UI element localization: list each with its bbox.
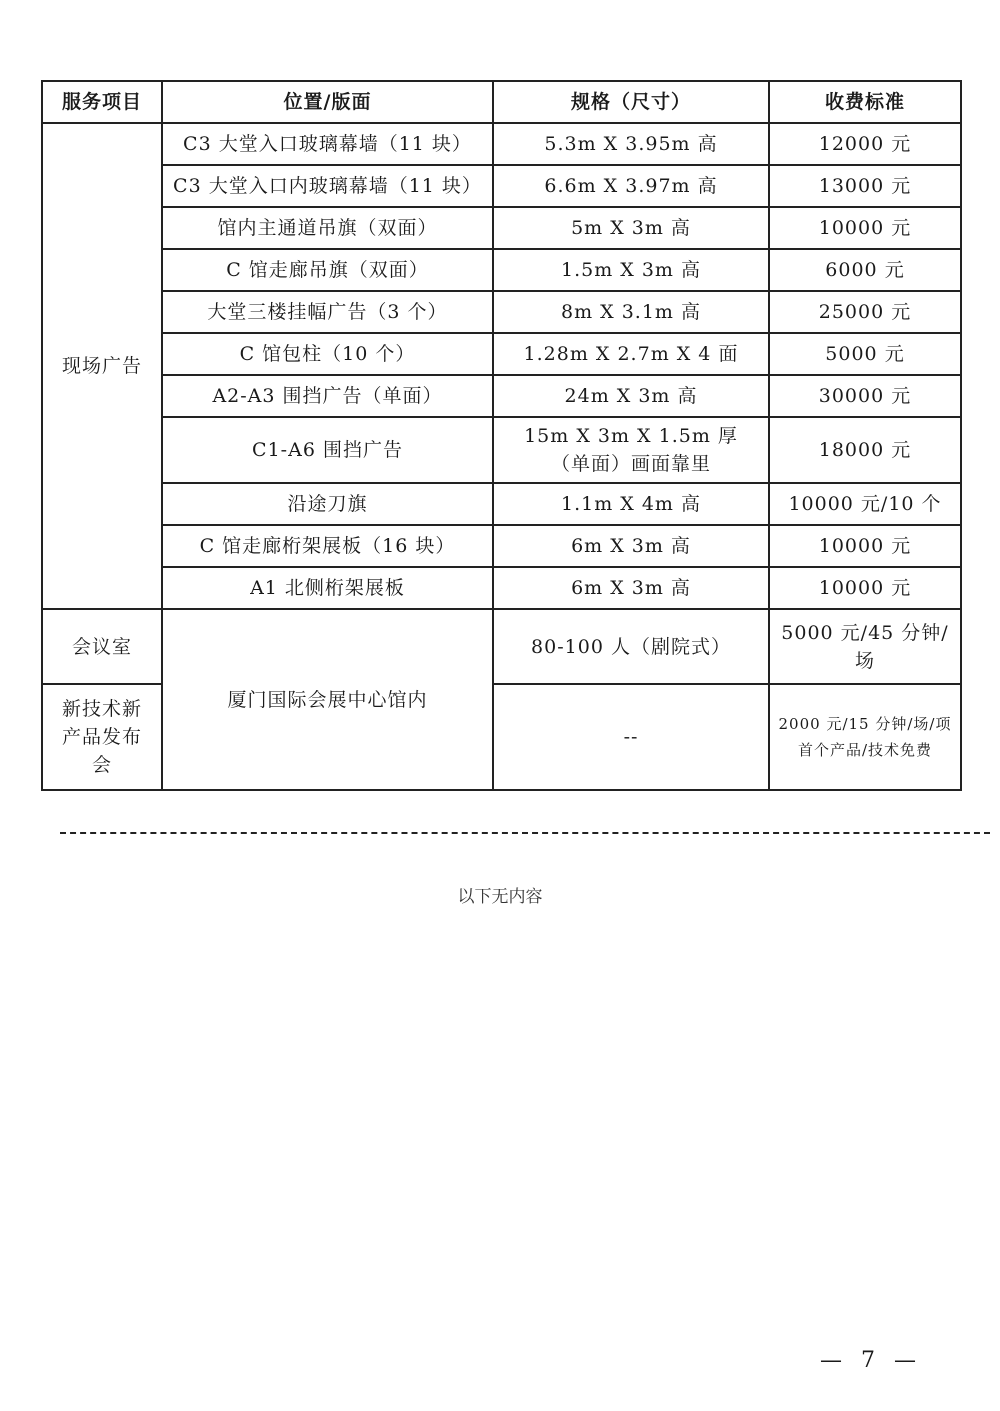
category-meeting-room: 会议室 [42, 609, 162, 684]
fee-line: 5000 元/45 分钟/ [774, 619, 956, 647]
spec-cell: 6m X 3m 高 [493, 567, 769, 609]
end-of-content-note: 以下无内容 [0, 882, 1000, 907]
spec-cell: 24m X 3m 高 [493, 375, 769, 417]
location-cell-shared: 厦门国际会展中心馆内 [162, 609, 493, 790]
table-row: A2-A3 围挡广告（单面） 24m X 3m 高 30000 元 [42, 375, 961, 417]
spec-cell: 6m X 3m 高 [493, 525, 769, 567]
location-cell: 大堂三楼挂幅广告（3 个） [162, 291, 493, 333]
fee-cell: 6000 元 [769, 249, 961, 291]
fee-line: 首个产品/技术免费 [774, 737, 956, 763]
spec-cell: -- [493, 684, 769, 790]
dash-dot-divider [60, 832, 990, 834]
fee-cell: 30000 元 [769, 375, 961, 417]
table-row: 沿途刀旗 1.1m X 4m 高 10000 元/10 个 [42, 483, 961, 525]
service-fee-table: 服务项目 位置/版面 规格（尺寸） 收费标准 现场广告 C3 大堂入口玻璃幕墙（… [41, 80, 962, 791]
spec-cell: 1.1m X 4m 高 [493, 483, 769, 525]
location-cell: C3 大堂入口内玻璃幕墙（11 块） [162, 165, 493, 207]
fee-cell: 10000 元 [769, 207, 961, 249]
fee-cell: 10000 元 [769, 525, 961, 567]
header-service-item: 服务项目 [42, 81, 162, 123]
table-row: A1 北侧桁架展板 6m X 3m 高 10000 元 [42, 567, 961, 609]
header-location: 位置/版面 [162, 81, 493, 123]
table-row: C3 大堂入口内玻璃幕墙（11 块） 6.6m X 3.97m 高 13000 … [42, 165, 961, 207]
spec-cell: 1.28m X 2.7m X 4 面 [493, 333, 769, 375]
table-row-meeting-room: 会议室 厦门国际会展中心馆内 80-100 人（剧院式） 5000 元/45 分… [42, 609, 961, 684]
spec-cell: 5.3m X 3.95m 高 [493, 123, 769, 165]
header-spec: 规格（尺寸） [493, 81, 769, 123]
spec-cell: 80-100 人（剧院式） [493, 609, 769, 684]
fee-cell: 13000 元 [769, 165, 961, 207]
category-launch-event: 新技术新 产品发布 会 [42, 684, 162, 790]
fee-cell: 5000 元 [769, 333, 961, 375]
table-header-row: 服务项目 位置/版面 规格（尺寸） 收费标准 [42, 81, 961, 123]
table-row: C1-A6 围挡广告 15m X 3m X 1.5m 厚 （单面）画面靠里 18… [42, 417, 961, 483]
spec-line: （单面）画面靠里 [498, 450, 764, 478]
category-line: 新技术新 [47, 695, 157, 723]
location-cell: A1 北侧桁架展板 [162, 567, 493, 609]
table-row: C 馆走廊桁架展板（16 块） 6m X 3m 高 10000 元 [42, 525, 961, 567]
location-cell: C3 大堂入口玻璃幕墙（11 块） [162, 123, 493, 165]
table-row: 现场广告 C3 大堂入口玻璃幕墙（11 块） 5.3m X 3.95m 高 12… [42, 123, 961, 165]
location-cell: A2-A3 围挡广告（单面） [162, 375, 493, 417]
spec-cell: 15m X 3m X 1.5m 厚 （单面）画面靠里 [493, 417, 769, 483]
spec-cell: 8m X 3.1m 高 [493, 291, 769, 333]
spec-line: 15m X 3m X 1.5m 厚 [498, 422, 764, 450]
location-cell: 沿途刀旗 [162, 483, 493, 525]
location-cell: C1-A6 围挡广告 [162, 417, 493, 483]
category-onsite-ads: 现场广告 [42, 123, 162, 609]
location-cell: C 馆走廊吊旗（双面） [162, 249, 493, 291]
page-number: — 7 — [820, 1348, 922, 1373]
table-row: 馆内主通道吊旗（双面） 5m X 3m 高 10000 元 [42, 207, 961, 249]
location-cell: C 馆走廊桁架展板（16 块） [162, 525, 493, 567]
fee-cell: 10000 元/10 个 [769, 483, 961, 525]
fee-line: 2000 元/15 分钟/场/项 [774, 711, 956, 737]
table-row: 大堂三楼挂幅广告（3 个） 8m X 3.1m 高 25000 元 [42, 291, 961, 333]
table-row: C 馆走廊吊旗（双面） 1.5m X 3m 高 6000 元 [42, 249, 961, 291]
spec-cell: 5m X 3m 高 [493, 207, 769, 249]
fee-cell: 18000 元 [769, 417, 961, 483]
fee-cell: 25000 元 [769, 291, 961, 333]
category-line: 会 [47, 751, 157, 779]
category-line: 产品发布 [47, 723, 157, 751]
fee-cell: 12000 元 [769, 123, 961, 165]
spec-cell: 1.5m X 3m 高 [493, 249, 769, 291]
fee-line: 场 [774, 647, 956, 675]
spec-cell: 6.6m X 3.97m 高 [493, 165, 769, 207]
fee-cell: 2000 元/15 分钟/场/项 首个产品/技术免费 [769, 684, 961, 790]
table-row: C 馆包柱（10 个） 1.28m X 2.7m X 4 面 5000 元 [42, 333, 961, 375]
header-fee: 收费标准 [769, 81, 961, 123]
location-cell: C 馆包柱（10 个） [162, 333, 493, 375]
fee-cell: 5000 元/45 分钟/ 场 [769, 609, 961, 684]
fee-cell: 10000 元 [769, 567, 961, 609]
location-cell: 馆内主通道吊旗（双面） [162, 207, 493, 249]
